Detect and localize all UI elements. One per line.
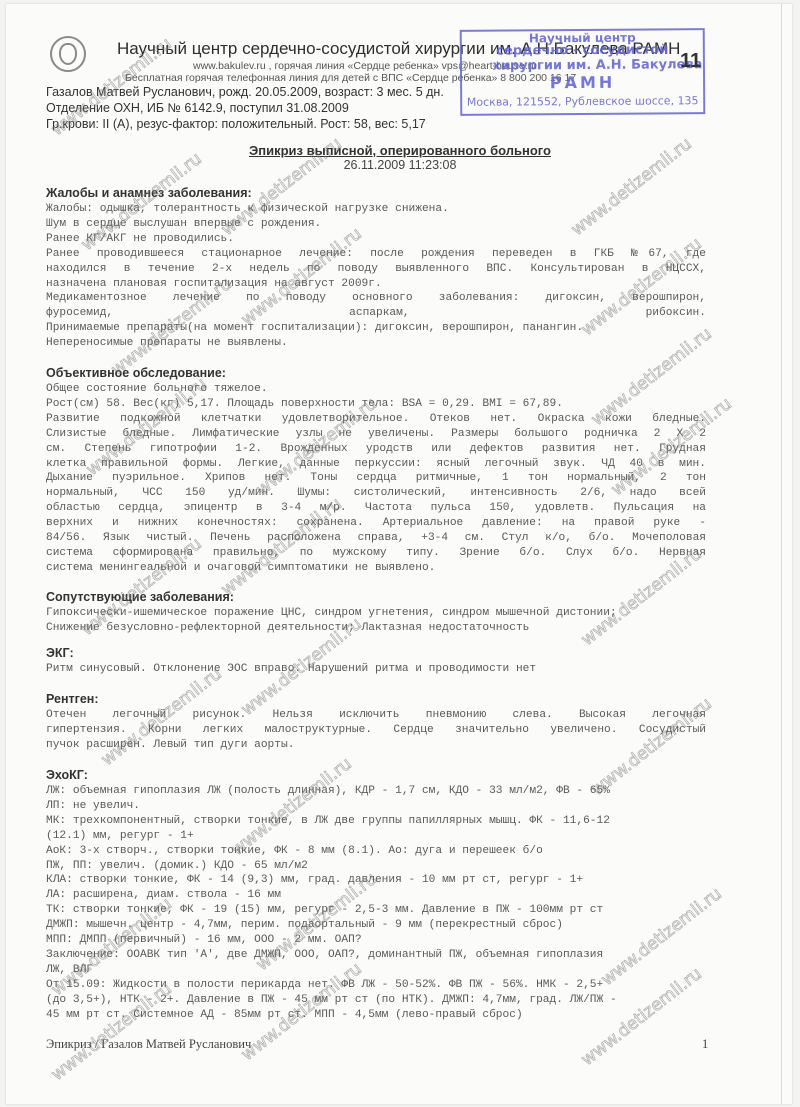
text-line: Ранее проводившееся стационарное лечение… [46,247,706,262]
text-line: гипертензия. Корни легких малоструктурны… [46,723,706,738]
text-line: Медикаментозное лечение по поводу основн… [46,291,706,306]
text-line: см. Степень гипотрофии 1-2. Врожденных у… [46,442,706,457]
section-body-complaints: Жалобы: одышка, толерантность к физическ… [46,202,706,351]
footer-label: Эпикриз / Газалов Матвей Русланович [46,1037,251,1052]
section-title-xray: Рентген: [46,692,99,706]
footer-page-number: 1 [702,1037,708,1052]
text-line: 45 мм рт ст. Системное АД - 85мм рт ст. … [46,1008,706,1023]
text-line: ЛП: не увелич. [46,799,706,814]
text-line: клетка правильной формы. Легкие, данные … [46,457,706,472]
text-line: ТК: створки тонкие, ФК - 19 (15) мм, рег… [46,903,706,918]
text-line: 84/56. Язык чистый. Печень расположена с… [46,531,706,546]
text-line: МПП: ДМПП (первичный) - 16 мм, ООО - 2 м… [46,933,706,948]
section-title-complaints: Жалобы и анамнез заболевания: [46,186,252,200]
text-line: назначена плановая госпитализация на авг… [46,277,706,292]
text-line: Шум в сердце выслушан впервые с рождения… [46,217,706,232]
patient-blood-line: Гр.крови: II (A), резус-фактор: положите… [46,117,426,131]
section-body-echo: ЛЖ: объемная гипоплазия ЛЖ (полость длин… [46,784,706,1023]
text-line: Ранее КГ/АКГ не проводились. [46,232,706,247]
text-line: Отечен легочный рисунок. Нельзя исключит… [46,708,706,723]
text-line: областью сердца, эпицентр в 3-4 м/р. Час… [46,501,706,516]
text-line: (12.1) мм, регург - 1+ [46,829,706,844]
text-line: АоК: 3-х створч., створки тонкие, ФК - 8… [46,844,706,859]
text-line: пучок расширен. Левый тип дуги аорты. [46,738,706,753]
patient-department-line: Отделение ОХН, ИБ № 6142.9, поступил 31.… [46,101,349,115]
text-line: фуросемид, аспаркам, рибоксин. [46,306,706,321]
patient-name-line: Газалов Матвей Русланович, рожд. 20.05.2… [46,85,444,99]
section-title-comorbid: Сопутствующие заболевания: [46,590,234,604]
text-line: Дыхание пуэрильное. Хрипов нет. Тоны сер… [46,471,706,486]
text-line: ЛЖ, ВЛГ [46,963,706,978]
text-line: Гипоксически-ишемическое поражение ЦНС, … [46,606,706,621]
text-line: находился в течение 2-х недель по поводу… [46,262,706,277]
text-line: Снижение безусловно-рефлекторной деятель… [46,621,706,636]
text-line: Непереносимые препараты не выявлены. [46,336,706,351]
text-line: Принимаемые препараты(на момент госпитал… [46,321,706,336]
text-line: (до 3,5+), НТК - 2+. Давление в ПЖ - 45 … [46,993,706,1008]
sheet-number: 11 [680,50,701,73]
stamp-line: хирургии им. А.Н. Бакулева [462,57,703,74]
text-line: МК: трехкомпонентный, створки тонкие, в … [46,814,706,829]
text-line: Ритм синусовый. Отклонение ЭОС вправо. Н… [46,662,706,677]
stamp-line: РАМН [462,72,703,93]
text-line: Заключение: ООАВК тип 'А', две ДМЖП, ООО… [46,948,706,963]
section-title-echo: ЭхоКГ: [46,768,88,782]
section-title-exam: Объективное обследование: [46,366,226,380]
text-line: Рост(см) 58. Вес(кг) 5,17. Площадь повер… [46,397,706,412]
text-line: КЛА: створки тонкие, ФК - 14 (9,3) мм, г… [46,873,706,888]
text-line: нормальный, ЧСС 150 уд/мин. Шумы: систол… [46,486,706,501]
text-line: Слизистые бледные. Лимфатические узлы не… [46,427,706,442]
text-line: система менингеальной и очаговой симптом… [46,561,706,576]
text-line: Жалобы: одышка, толерантность к физическ… [46,202,706,217]
text-line: ЛА: расширена, диам. ствола - 16 мм [46,888,706,903]
section-body-exam: Общее состояние больного тяжелое.Рост(см… [46,382,706,576]
institution-stamp: Научный центр сердечно - сосудистой хиру… [460,28,706,116]
document-title: Эпикриз выписной, оперированного больног… [0,143,800,158]
text-line: ЛЖ: объемная гипоплазия ЛЖ (полость длин… [46,784,706,799]
section-body-xray: Отечен легочный рисунок. Нельзя исключит… [46,708,706,753]
text-line: Развитие подкожной клетчатки удовлетвори… [46,412,706,427]
section-title-ekg: ЭКГ: [46,646,74,660]
text-line: Общее состояние больного тяжелое. [46,382,706,397]
stamp-line: сердечно - сосудистой [462,42,703,59]
text-line: ДМЖП: мышечн. центр - 4,7мм, перим. пода… [46,918,706,933]
section-body-comorbid: Гипоксически-ишемическое поражение ЦНС, … [46,606,706,636]
bakulev-logo-icon [50,36,86,72]
text-line: От 15.09: Жидкости в полости перикарда н… [46,978,706,993]
text-line: система сформирована правильно, по мужск… [46,546,706,561]
section-body-ekg: Ритм синусовый. Отклонение ЭОС вправо. Н… [46,662,706,677]
stamp-address: Москва, 121552, Рублевское шоссе, 135 [462,94,703,109]
text-line: верхних и нижних конечностях: сохранена.… [46,516,706,531]
document-date: 26.11.2009 11:23:08 [0,158,800,172]
text-line: ПЖ, ПП: увелич. (домик.) КДО - 65 мл/м2 [46,859,706,874]
